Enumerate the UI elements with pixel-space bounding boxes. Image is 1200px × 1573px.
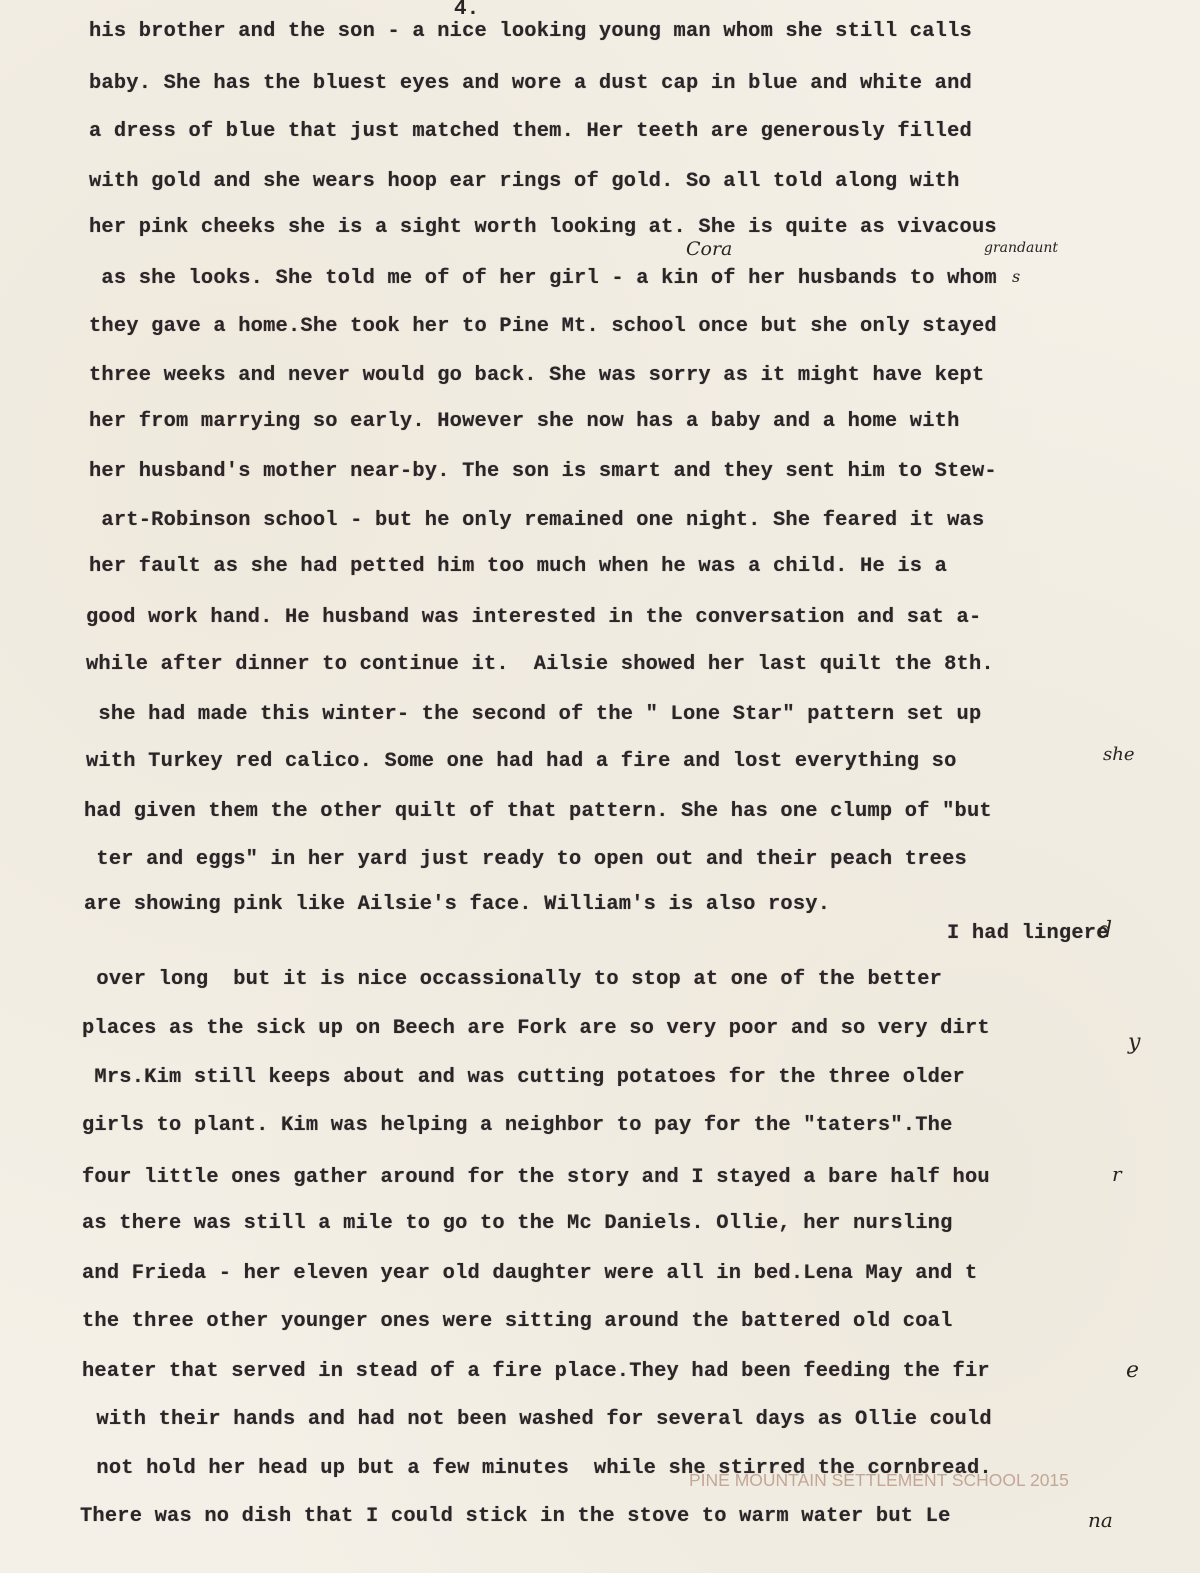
typed-letter-page: 4. his brother and the son - a nice look… xyxy=(0,0,1200,1573)
typed-line: places as the sick up on Beech are Fork … xyxy=(82,1017,990,1040)
typed-line: with gold and she wears hoop ear rings o… xyxy=(89,170,960,193)
typed-line: ter and eggs" in her yard just ready to … xyxy=(84,848,967,871)
typed-line: his brother and the son - a nice looking… xyxy=(89,20,972,43)
handwritten-annotation: she xyxy=(1103,744,1134,765)
typed-line: her husband's mother near-by. The son is… xyxy=(89,460,997,483)
typed-line: with Turkey red calico. Some one had had… xyxy=(86,750,957,773)
typed-line: as there was still a mile to go to the M… xyxy=(82,1212,953,1235)
typed-line: heater that served in stead of a fire pl… xyxy=(82,1360,990,1383)
typed-line: they gave a home.She took her to Pine Mt… xyxy=(89,315,997,338)
handwritten-annotation: d xyxy=(1098,918,1112,943)
typed-line: girls to plant. Kim was helping a neighb… xyxy=(82,1114,953,1137)
typed-line: as she looks. She told me of of her girl… xyxy=(89,267,997,290)
typed-line: her pink cheeks she is a sight worth loo… xyxy=(89,216,997,239)
typed-line: a dress of blue that just matched them. … xyxy=(89,120,972,143)
watermark: PINE MOUNTAIN SETTLEMENT SCHOOL 2015 xyxy=(689,1470,1069,1491)
handwritten-annotation: na xyxy=(1088,1508,1113,1532)
handwritten-annotation: y xyxy=(1128,1030,1140,1055)
typed-line: four little ones gather around for the s… xyxy=(82,1166,990,1189)
typed-line: the three other younger ones were sittin… xyxy=(82,1310,953,1333)
typed-line: baby. She has the bluest eyes and wore a… xyxy=(89,72,972,95)
typed-line: with their hands and had not been washed… xyxy=(84,1408,992,1431)
typed-line: art-Robinson school - but he only remain… xyxy=(89,509,984,532)
typed-line: Mrs.Kim still keeps about and was cuttin… xyxy=(82,1066,965,1089)
page-number: 4. xyxy=(454,0,479,21)
typed-line: she had made this winter- the second of … xyxy=(86,703,981,726)
typed-line: three weeks and never would go back. She… xyxy=(89,364,984,387)
typed-line: her from marrying so early. However she … xyxy=(89,410,960,433)
handwritten-annotation: grandaunt xyxy=(984,240,1058,256)
typed-line: and Frieda - her eleven year old daughte… xyxy=(82,1262,977,1285)
handwritten-annotation: Cora xyxy=(686,238,732,260)
typed-line: while after dinner to continue it. Ailsi… xyxy=(86,653,994,676)
handwritten-annotation: r xyxy=(1112,1162,1122,1186)
typed-line: are showing pink like Ailsie's face. Wil… xyxy=(84,893,830,916)
typed-line: had given them the other quilt of that p… xyxy=(84,800,992,823)
typed-line: over long but it is nice occassionally t… xyxy=(84,968,942,991)
handwritten-annotation: e xyxy=(1126,1358,1139,1383)
typed-line: her fault as she had petted him too much… xyxy=(89,555,947,578)
typed-line: I had lingere xyxy=(947,922,1109,945)
typed-line: There was no dish that I could stick in … xyxy=(80,1505,951,1528)
handwritten-annotation: s xyxy=(1012,267,1020,286)
typed-line: good work hand. He husband was intereste… xyxy=(86,606,981,629)
